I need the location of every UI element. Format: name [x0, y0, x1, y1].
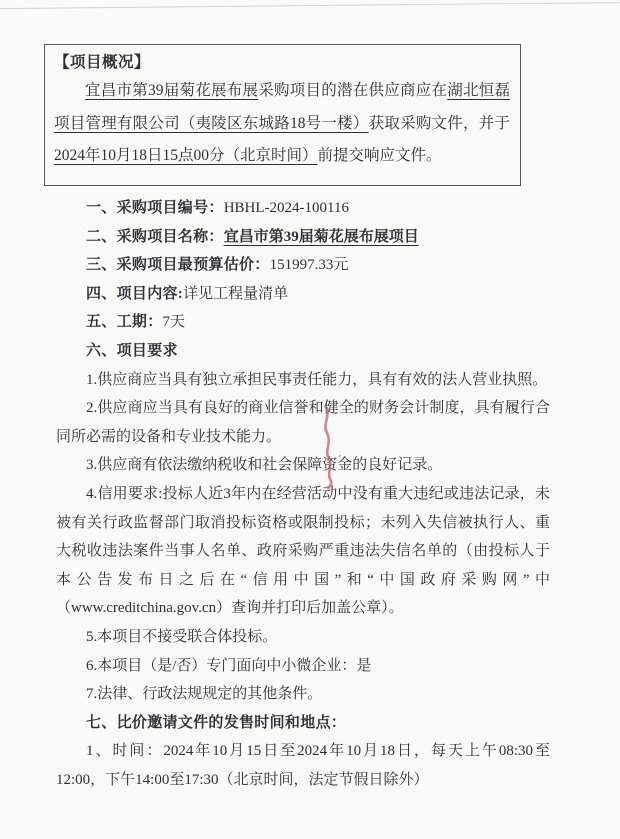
document-page: 【项目概况】 宜昌市第39届菊花展布展采购项目的潜在供应商应在湖北恒磊项目管理有… — [0, 0, 620, 839]
requirement-1: 1.供应商应当具有独立承担民事责任能力，具有有效的法人营业执照。 — [56, 366, 550, 395]
requirement-5: 5.本项目不接受联合体投标。 — [56, 623, 550, 652]
item-value: 151997.33元 — [270, 257, 349, 273]
item-duration: 五、工期：7天 — [56, 308, 550, 337]
deadline-underlined: 2024年10月18日15点00分（北京时间） — [54, 147, 318, 164]
project-name-underlined: 宜昌市第39届菊花展布展 — [85, 82, 258, 99]
overview-text: 前提交响应文件。 — [318, 147, 442, 164]
item-label: 四、项目内容: — [86, 286, 183, 302]
item-value: 详见工程量清单 — [183, 286, 288, 302]
item-label: 六、项目要求 — [86, 343, 178, 359]
item-label: 二、采购项目名称： — [86, 229, 224, 245]
item-value: 宜昌市第39届菊花展布展项目 — [224, 229, 419, 245]
item-project-name: 二、采购项目名称：宜昌市第39届菊花展布展项目 — [56, 223, 550, 252]
item-budget-estimate: 三、采购项目最预算估价：151997.33元 — [56, 251, 550, 280]
item-label: 一、采购项目编号： — [86, 200, 224, 216]
scan-artifact-line — [0, 2, 620, 9]
sale-time-line: 1、时间：2024年10月15日至2024年10月18日，每天上午08:30至1… — [56, 737, 550, 794]
item-label: 三、采购项目最预算估价： — [86, 257, 270, 273]
item-project-requirements-heading: 六、项目要求 — [56, 337, 550, 366]
requirement-2: 2.供应商应当具有良好的商业信誉和健全的财务会计制度，具有履行合同所必需的设备和… — [56, 394, 550, 451]
item-value: HBHL-2024-100116 — [224, 200, 349, 216]
overview-text: 采购项目的潜在供应商应在 — [258, 82, 447, 99]
overview-text: 获取采购文件，并于 — [369, 115, 510, 132]
project-overview-box: 【项目概况】 宜昌市第39届菊花展布展采购项目的潜在供应商应在湖北恒磊项目管理有… — [44, 44, 521, 186]
item-project-number: 一、采购项目编号：HBHL-2024-100116 — [56, 194, 550, 223]
overview-paragraph: 宜昌市第39届菊花展布展采购项目的潜在供应商应在湖北恒磊项目管理有限公司（夷陵区… — [54, 75, 510, 173]
overview-heading: 【项目概况】 — [54, 51, 510, 75]
requirement-4: 4.信用要求:投标人近3年内在经营活动中没有重大违纪或违法记录，未被有关行政监督… — [56, 480, 550, 623]
item-value: 7天 — [163, 314, 186, 330]
item-label: 五、工期： — [86, 314, 163, 330]
requirement-3: 3.供应商有依法缴纳税收和社会保障资金的良好记录。 — [56, 451, 550, 480]
requirement-6: 6.本项目（是/否）专门面向中小微企业：是 — [56, 652, 550, 681]
item-project-content: 四、项目内容:详见工程量清单 — [56, 280, 550, 309]
requirement-7: 7.法律、行政法规规定的其他条件。 — [56, 680, 550, 709]
section-seven-heading: 七、比价邀请文件的发售时间和地点： — [56, 709, 550, 738]
document-body: 一、采购项目编号：HBHL-2024-100116 二、采购项目名称：宜昌市第3… — [56, 194, 550, 794]
